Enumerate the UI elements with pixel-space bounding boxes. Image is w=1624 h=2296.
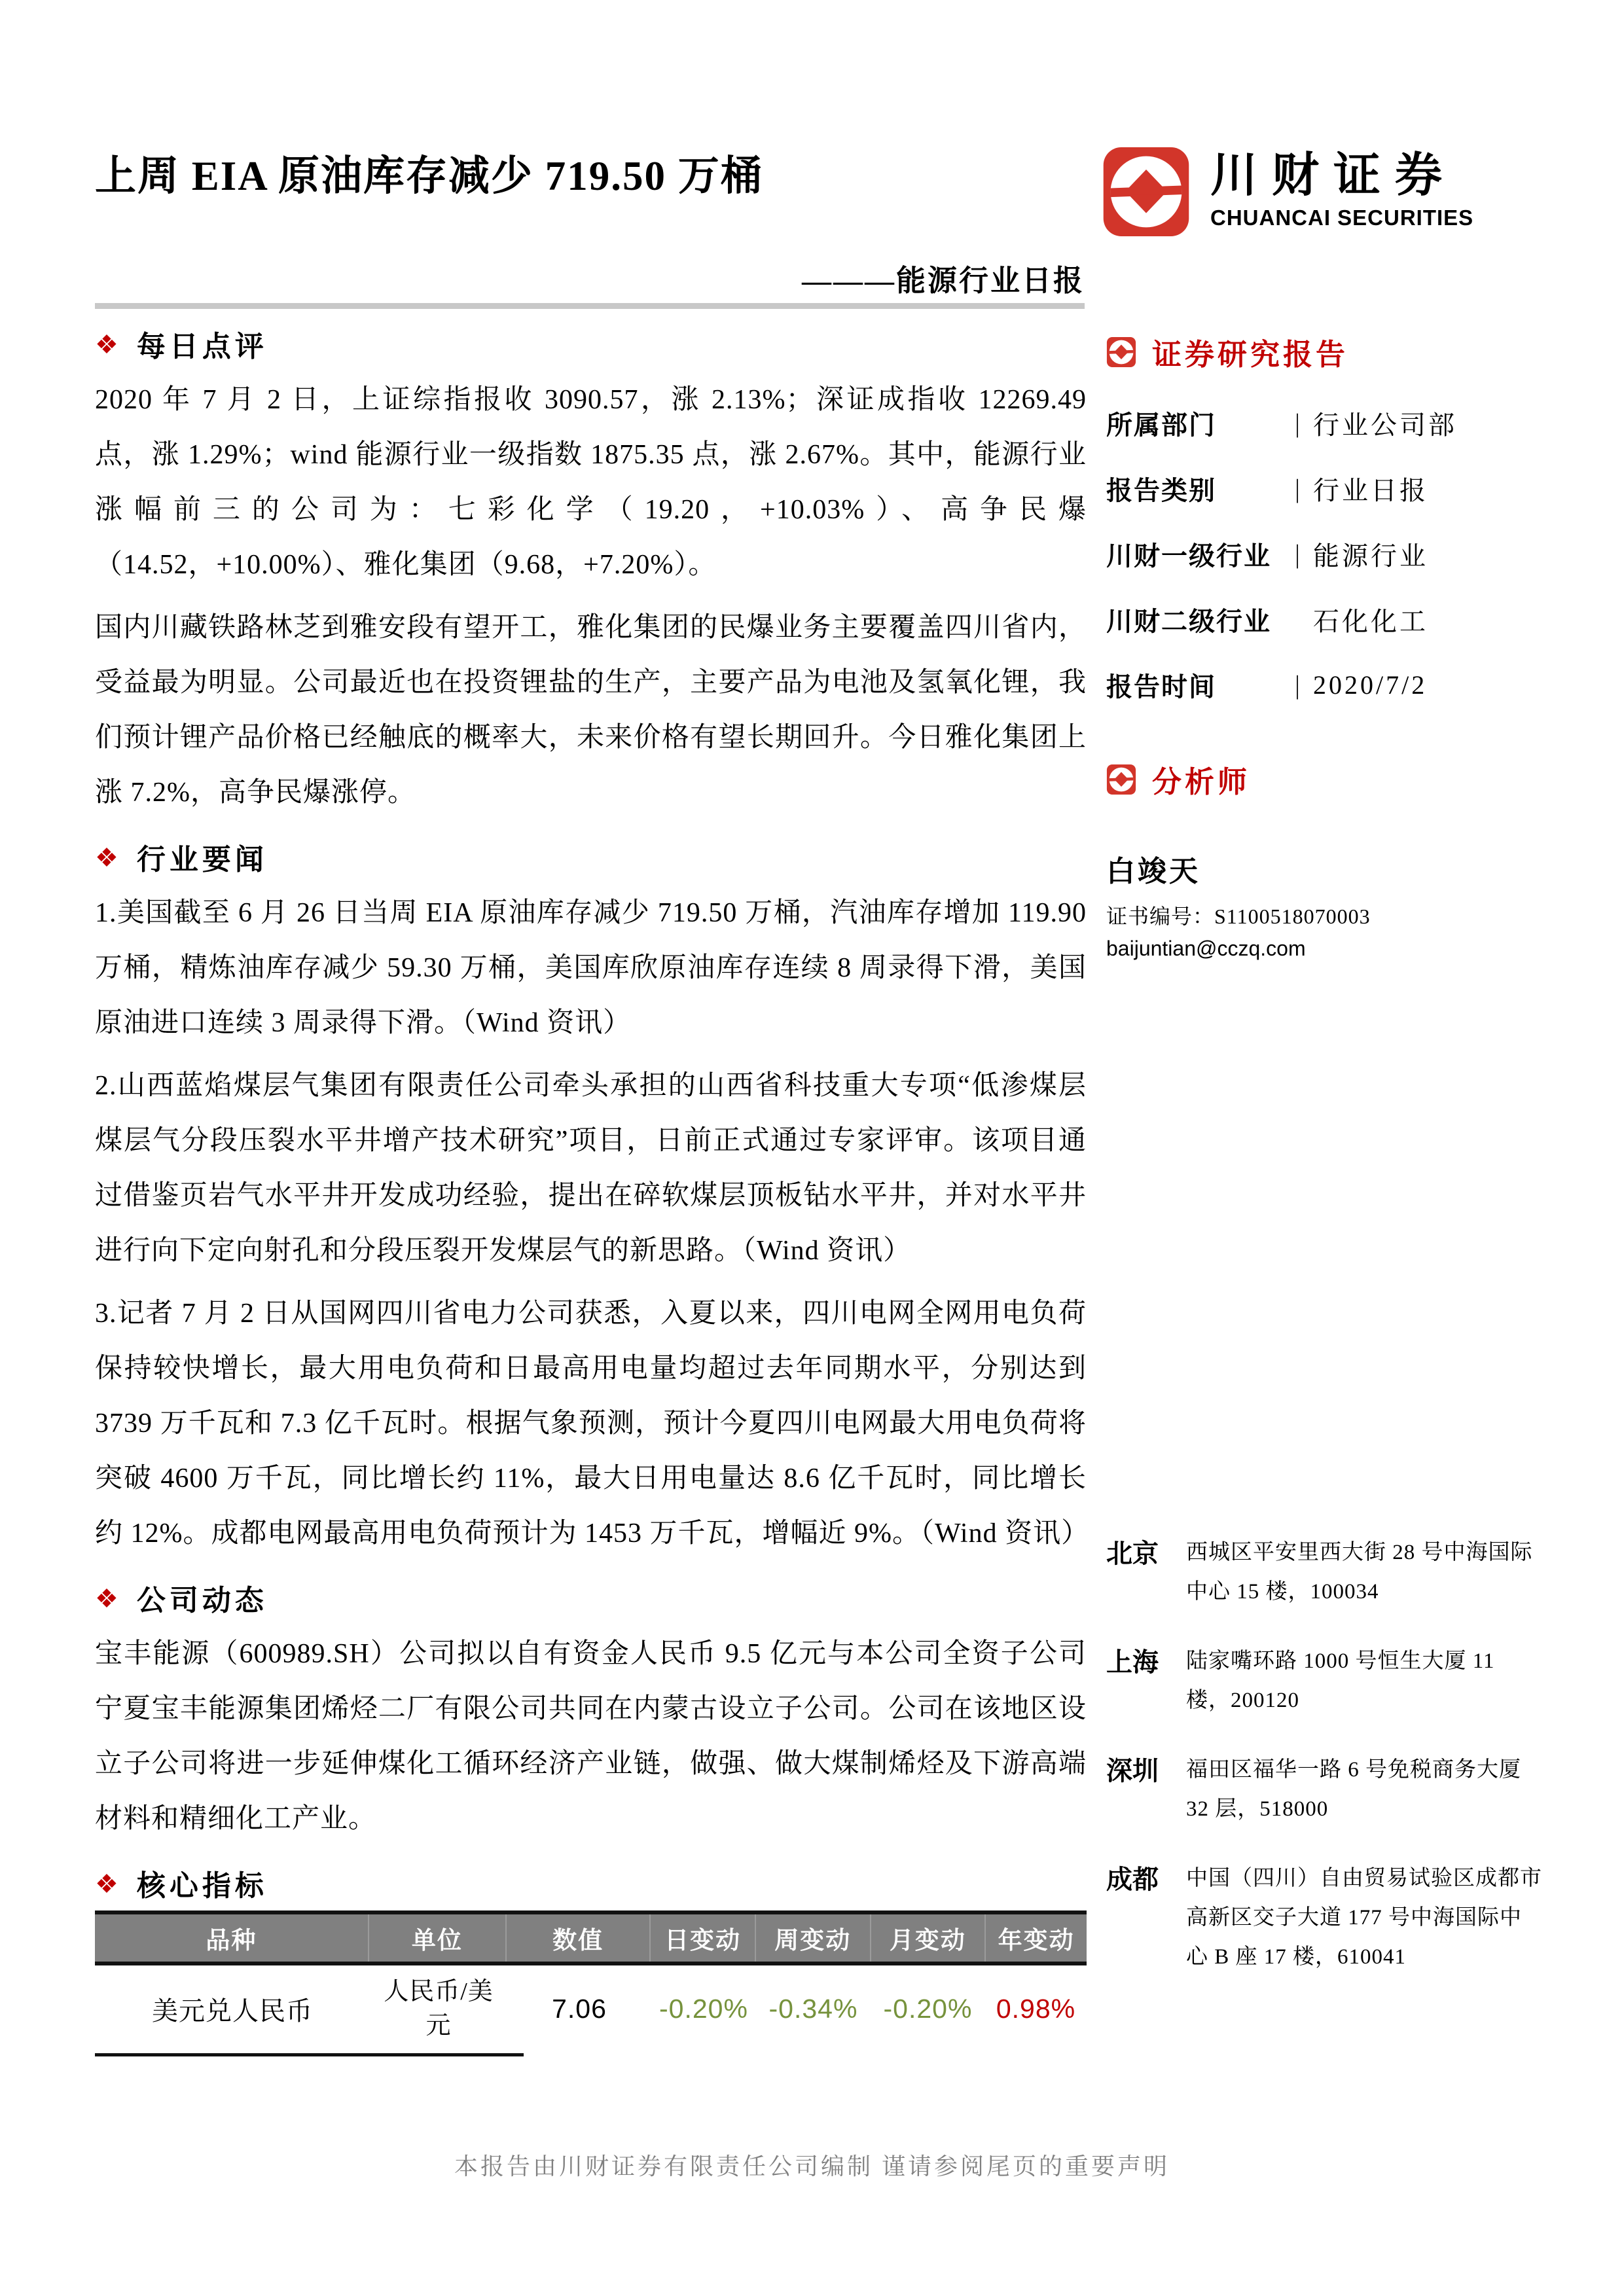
brand-name-cn: 川财证券 [1210,152,1473,199]
meta-separator: | [1282,539,1313,569]
core-metrics-table: 品种 单位 数值 日变动 周变动 月变动 年变动 美元兑人民币 人民币/美元 7… [95,1910,1087,2056]
report-meta-list: 所属部门 | 行业公司部 报告类别 | 行业日报 川财一级行业 | 能源行业 川… [1106,390,1535,717]
meta-value: 2020/7/2 [1313,670,1427,700]
meta-row: 川财一级行业 | 能源行业 [1106,521,1535,586]
table-header-cell: 日变动 [649,1914,755,1962]
diamond-bullet-icon: ❖ [95,332,118,358]
report-sidebar: 证券研究报告 所属部门 | 行业公司部 报告类别 | 行业日报 川财一级行业 |… [1106,331,1535,961]
office-address: 西城区平安里西大街 28 号中海国际中心 15 楼，100034 [1186,1533,1543,1611]
section-header-industry-news: ❖ 行业要闻 [95,836,1087,878]
report-badge-label: 证券研究报告 [1152,331,1348,373]
office-row: 上海 陆家嘴环路 1000 号恒生大厦 11 楼，200120 [1106,1641,1551,1720]
table-header-row: 品种 单位 数值 日变动 周变动 月变动 年变动 [95,1910,1087,1965]
office-row: 成都 中国（四川）自由贸易试验区成都市高新区交子大道 177 号中海国际中心 B… [1106,1859,1551,1977]
table-data-row: 美元兑人民币 人民币/美元 7.06 -0.20% -0.34% -0.20% … [95,1965,1087,2052]
section-title: 核心指标 [137,1862,268,1904]
section-title: 行业要闻 [137,836,268,878]
industry-news-item: 3.记者 7 月 2 日从国网四川省电力公司获悉，入夏以来，四川电网全网用电负荷… [95,1286,1087,1561]
cell-day-change: -0.20% [651,1994,756,2024]
meta-value: 能源行业 [1313,535,1428,573]
analyst-cert-number: 证书编号：S1100518070003 [1106,900,1535,930]
meta-row: 所属部门 | 行业公司部 [1106,390,1535,456]
company-news-paragraph: 宝丰能源（600989.SH）公司拟以自有资金人民币 9.5 亿元与本公司全资子… [95,1626,1087,1846]
section-header-daily-review: ❖ 每日点评 [95,323,1087,365]
meta-label: 报告时间 [1106,666,1282,704]
cell-unit: 人民币/美元 [370,1965,507,2052]
cell-year-change: 0.98% [985,1994,1087,2024]
brand-name-en: CHUANCAI SECURITIES [1210,206,1473,230]
office-city: 深圳 [1106,1750,1186,1829]
badge-logo-icon [1106,336,1136,368]
industry-news-item: 2.山西蓝焰煤层气集团有限责任公司牵头承担的山西省科技重大专项“低渗煤层煤层气分… [95,1058,1087,1278]
section-header-company-news: ❖ 公司动态 [95,1577,1087,1619]
analyst-badge: 分析师 [1106,758,1535,800]
diamond-bullet-icon: ❖ [95,845,118,871]
diamond-bullet-icon: ❖ [95,1871,118,1897]
meta-label: 所属部门 [1106,404,1282,442]
meta-value: 石化化工 [1313,601,1428,638]
daily-review-paragraph: 国内川藏铁路林芝到雅安段有望开工，雅化集团的民爆业务主要覆盖四川省内，受益最为明… [95,600,1087,820]
office-address: 福田区福华一路 6 号免税商务大厦 32 层，518000 [1186,1750,1543,1829]
meta-label: 报告类别 [1106,470,1282,507]
brand-logo: 川财证券 CHUANCAI SECURITIES [1102,145,1473,238]
page-footer-disclaimer: 本报告由川财证券有限责任公司编制 谨请参阅尾页的重要声明 [0,2148,1624,2181]
meta-separator: | [1282,670,1313,700]
table-header-cell: 月变动 [870,1914,985,1962]
analyst-badge-label: 分析师 [1152,758,1250,800]
office-address: 中国（四川）自由贸易试验区成都市高新区交子大道 177 号中海国际中心 B 座 … [1186,1859,1543,1977]
chuancai-logo-icon [1102,145,1191,238]
brand-names: 川财证券 CHUANCAI SECURITIES [1210,145,1473,230]
main-column: ❖ 每日点评 2020 年 7 月 2 日，上证综指报收 3090.57，涨 2… [95,323,1087,2056]
office-city: 上海 [1106,1641,1186,1720]
office-city: 成都 [1106,1859,1186,1977]
industry-news-item: 1.美国截至 6 月 26 日当周 EIA 原油库存减少 719.50 万桶，汽… [95,886,1087,1050]
meta-row: 川财二级行业 石化化工 [1106,586,1535,652]
table-partial-bottom-rule [95,2053,524,2056]
table-header-cell: 周变动 [755,1914,870,1962]
badge-logo-icon [1106,763,1136,796]
report-type-badge: 证券研究报告 [1106,331,1535,373]
analyst-email: baijuntian@cczq.com [1106,937,1535,961]
meta-row: 报告时间 | 2020/7/2 [1106,652,1535,717]
daily-review-paragraph: 2020 年 7 月 2 日，上证综指报收 3090.57，涨 2.13%；深证… [95,372,1087,592]
section-header-core-metrics: ❖ 核心指标 [95,1862,1087,1904]
cell-week-change: -0.34% [756,1994,871,2024]
cell-instrument-name: 美元兑人民币 [95,1990,370,2028]
section-title: 每日点评 [137,323,268,365]
office-row: 北京 西城区平安里西大街 28 号中海国际中心 15 楼，100034 [1106,1533,1551,1611]
office-address: 陆家嘴环路 1000 号恒生大厦 11 楼，200120 [1186,1641,1543,1720]
cell-month-change: -0.20% [871,1994,985,2024]
report-subtitle: ———能源行业日报 [95,257,1085,299]
meta-label: 川财二级行业 [1106,601,1282,638]
table-header-cell: 年变动 [984,1914,1087,1962]
section-title: 公司动态 [137,1577,268,1619]
diamond-bullet-icon: ❖ [95,1586,118,1612]
table-header-cell: 品种 [95,1920,368,1956]
table-header-cell: 数值 [505,1914,649,1962]
page-title: 上周 EIA 原油库存减少 719.50 万桶 [95,143,1011,202]
cell-value: 7.06 [507,1994,651,2024]
office-row: 深圳 福田区福华一路 6 号免税商务大厦 32 层，518000 [1106,1750,1551,1829]
report-page: 上周 EIA 原油库存减少 719.50 万桶 川财证券 CHUANCAI SE… [0,0,1624,2296]
office-address-list: 北京 西城区平安里西大街 28 号中海国际中心 15 楼，100034 上海 陆… [1106,1533,1551,2007]
meta-value: 行业公司部 [1313,404,1457,442]
office-city: 北京 [1106,1533,1186,1611]
table-header-cell: 单位 [368,1914,505,1962]
meta-label: 川财一级行业 [1106,535,1282,573]
meta-row: 报告类别 | 行业日报 [1106,456,1535,521]
meta-separator: | [1282,408,1313,439]
analyst-name: 白竣天 [1106,848,1535,889]
header-divider-rule [95,303,1085,309]
meta-separator: | [1282,473,1313,504]
meta-value: 行业日报 [1313,470,1428,507]
